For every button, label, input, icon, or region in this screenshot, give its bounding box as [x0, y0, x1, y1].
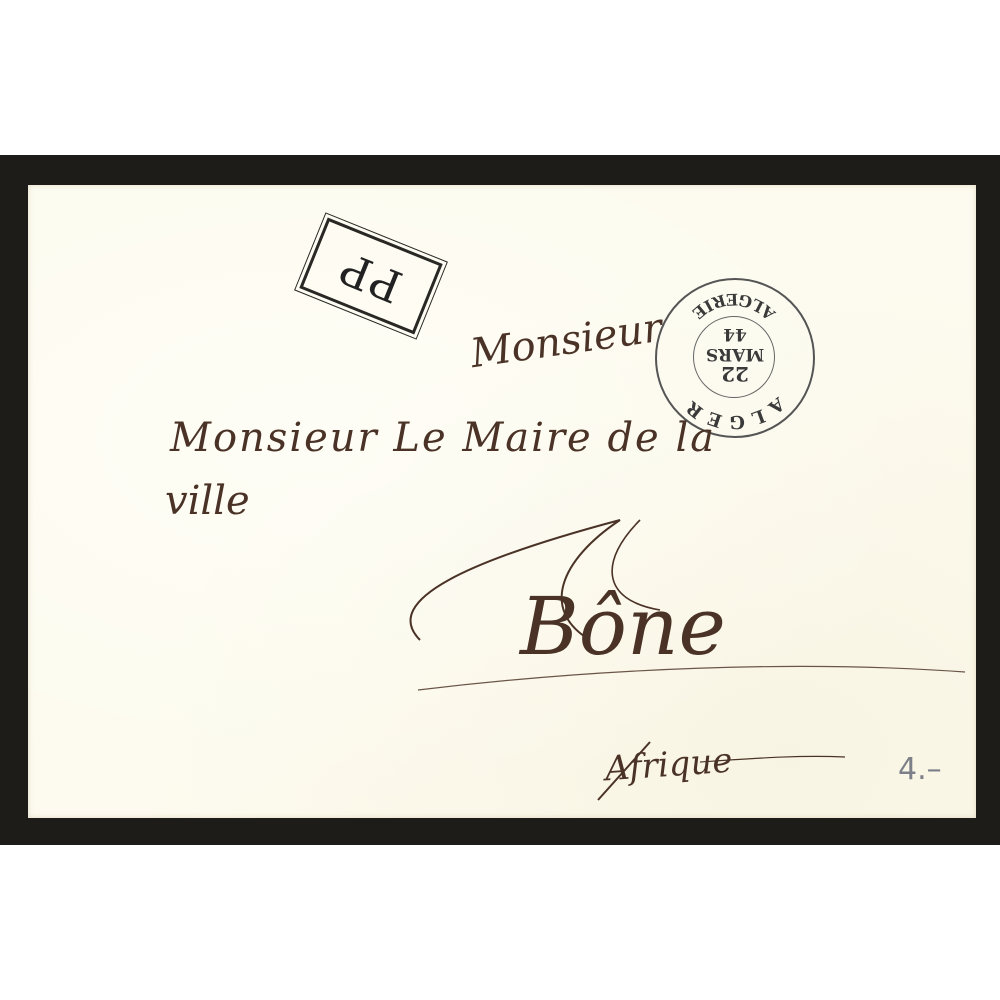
alger-postmark: ALGER ALGERIE 22 MARS 44	[655, 278, 815, 438]
svg-text:ALGERIE: ALGERIE	[687, 290, 779, 325]
address-recipient-cont: ville	[165, 478, 250, 524]
address-recipient: Monsieur Le Maire de la	[170, 415, 716, 461]
address-city: Bône	[520, 580, 726, 673]
postmark-year: 44	[657, 324, 813, 344]
pencil-price-note: 4.–	[898, 752, 942, 787]
pp-handstamp-text: PP	[332, 241, 410, 312]
postmark-country: ALGERIE	[687, 290, 779, 325]
postmark-month: MARS	[657, 344, 813, 364]
postmark-day: 22	[657, 362, 813, 386]
